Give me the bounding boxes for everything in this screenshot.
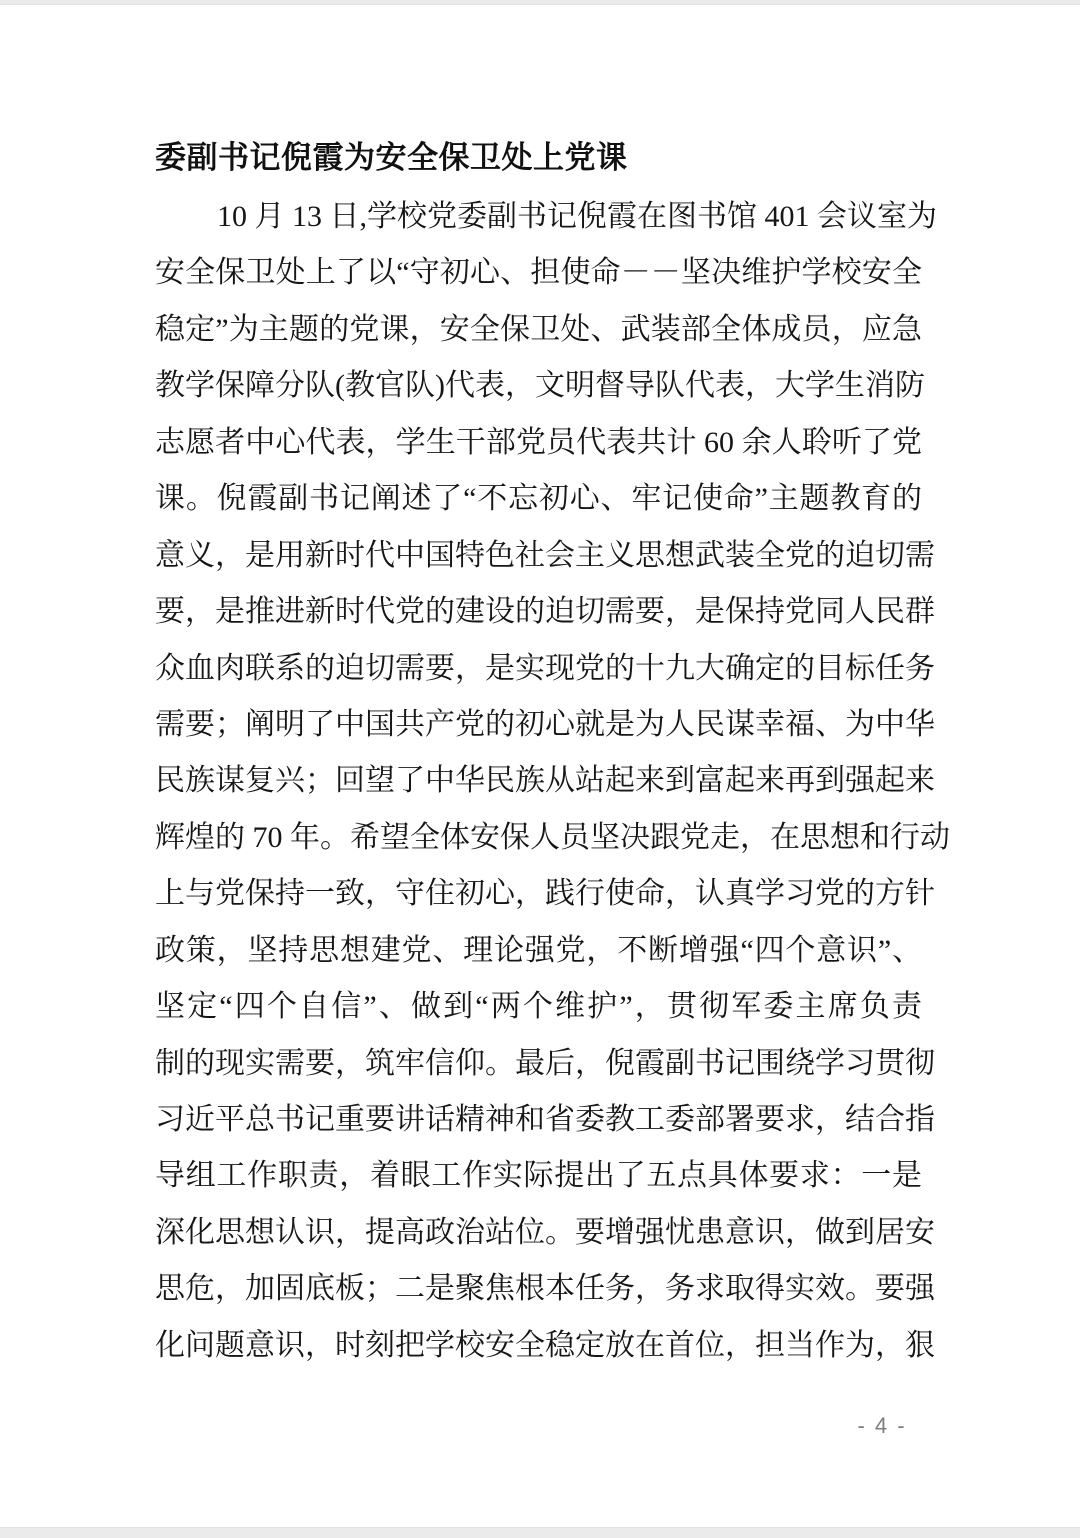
- body-line: 辉煌的 70 年。希望全体安保人员坚决跟党走，在思想和行动: [155, 810, 922, 866]
- body-line: 上与党保持一致，守住初心，践行使命，认真学习党的方针: [155, 866, 922, 922]
- page-bottom-edge: [0, 1527, 1080, 1538]
- body-line: 深化思想认识，提高政治站位。要增强忧患意识，做到居安: [155, 1205, 922, 1261]
- page-number: - 4 -: [830, 1412, 934, 1440]
- body-line: 意义，是用新时代中国特色社会主义思想武装全党的迫切需: [155, 528, 922, 584]
- body-line: 制的现实需要，筑牢信仰。最后，倪霞副书记围绕学习贯彻: [155, 1036, 922, 1092]
- body-line: 思危，加固底板；二是聚焦根本任务，务求取得实效。要强: [155, 1261, 922, 1317]
- article-title: 委副书记倪霞为安全保卫处上党课: [155, 140, 922, 176]
- body-line: 政策，坚持思想建党、理论强党，不断增强“四个意识”、: [155, 923, 922, 979]
- body-line: 稳定”为主题的党课，安全保卫处、武装部全体成员，应急: [155, 302, 922, 358]
- body-line: 10 月 13 日,学校党委副书记倪霞在图书馆 401 会议室为: [155, 189, 922, 245]
- body-line: 导组工作职责，着眼工作实际提出了五点具体要求：一是: [155, 1148, 922, 1204]
- body-line: 民族谋复兴；回望了中华民族从站起来到富起来再到强起来: [155, 753, 922, 809]
- body-line: 教学保障分队(教官队)代表，文明督导队代表，大学生消防: [155, 358, 922, 414]
- body-line: 需要；阐明了中国共产党的初心就是为人民谋幸福、为中华: [155, 697, 922, 753]
- body-line: 要，是推进新时代党的建设的迫切需要，是保持党同人民群: [155, 584, 922, 640]
- body-line: 坚定“四个自信”、做到“两个维护”，贯彻军委主席负责: [155, 979, 922, 1035]
- article-body: 10 月 13 日,学校党委副书记倪霞在图书馆 401 会议室为 安全保卫处上了…: [155, 189, 922, 1374]
- body-line: 安全保卫处上了以“守初心、担使命－－坚决维护学校安全: [155, 245, 922, 301]
- body-line: 志愿者中心代表，学生干部党员代表共计 60 余人聆听了党: [155, 415, 922, 471]
- body-line: 化问题意识，时刻把学校安全稳定放在首位，担当作为，狠: [155, 1318, 922, 1374]
- page-top-edge: [0, 0, 1080, 5]
- body-line: 众血肉联系的迫切需要，是实现党的十九大确定的目标任务: [155, 641, 922, 697]
- body-line: 课。倪霞副书记阐述了“不忘初心、牢记使命”主题教育的: [155, 471, 922, 527]
- document-page: 委副书记倪霞为安全保卫处上党课 10 月 13 日,学校党委副书记倪霞在图书馆 …: [0, 0, 1080, 1538]
- body-line: 习近平总书记重要讲话精神和省委教工委部署要求，结合指: [155, 1092, 922, 1148]
